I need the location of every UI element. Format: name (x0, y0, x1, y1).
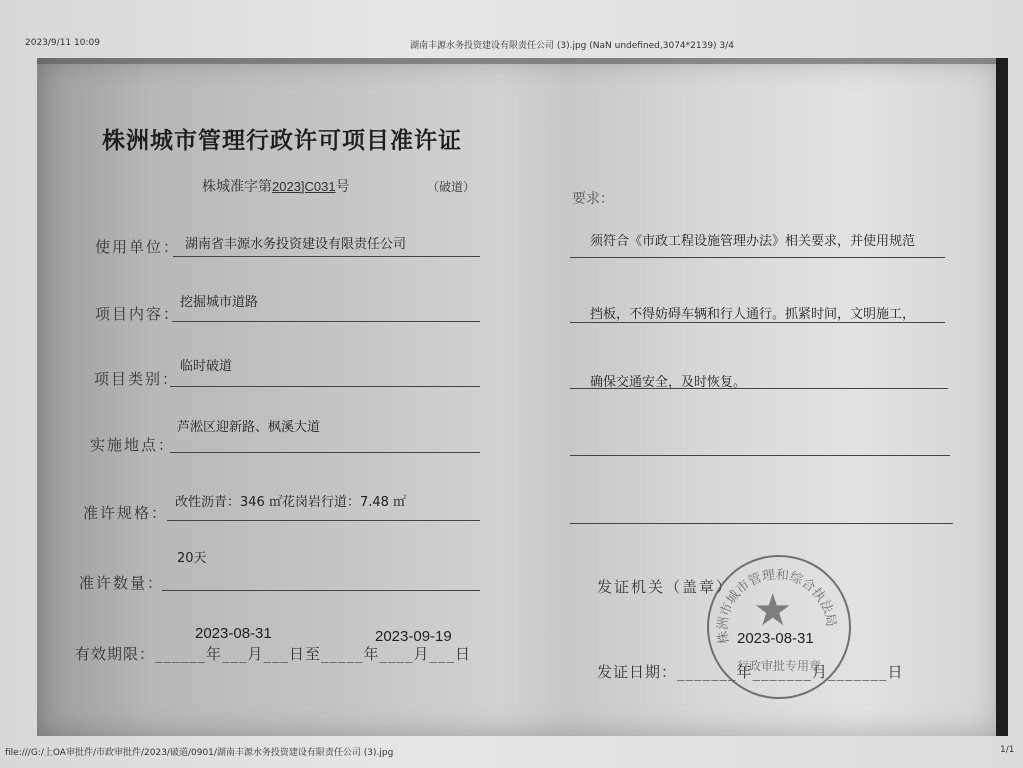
print-title: 湖南丰源水务投资建设有限责任公司 (3).jpg (NaN undefined,… (410, 38, 734, 51)
print-header: 2023/9/11 10:09 湖南丰源水务投资建设有限责任公司 (3).jpg… (0, 38, 1023, 52)
official-seal: 株洲市城市管理和综合执法局 ★ 行政审批专用章 (707, 555, 851, 699)
field-label-location: 实施地点： (90, 434, 175, 455)
permit-number-value: 2023]C031 (272, 179, 336, 194)
seal-bottom-text: 行政审批专用章 (737, 657, 821, 674)
validity-label-text: 有效期限： (75, 645, 155, 663)
issuer-label: 发证机关（盖章） (597, 576, 733, 597)
permit-document: 株洲城市管理行政许可项目准许证 株城准字第2023]C031号 （破道） 使用单… (37, 58, 1002, 736)
field-label-quantity: 准许数量： (79, 572, 164, 593)
issue-date-label: 发证日期： (597, 663, 677, 681)
requirements-label: 要求： (572, 188, 614, 208)
requirement-underline (570, 455, 950, 456)
issue-date: 2023-08-31 (737, 630, 814, 647)
field-line (170, 386, 480, 387)
requirement-underline (570, 322, 945, 323)
field-label-spec: 准许规格： (83, 502, 168, 523)
field-value-unit: 湖南省丰源水务投资建设有限责任公司 (185, 233, 406, 252)
validity-label: 有效期限：______年___月___日至_____年____月___日 (75, 643, 471, 664)
permit-suffix: 号 (336, 179, 350, 195)
file-path: file:///G:/上OA审批件/市政审批件/2023/破道/0901/湖南丰… (5, 745, 393, 758)
validity-end: 2023-09-19 (375, 628, 452, 645)
page-indicator: 1/1 (1000, 745, 1014, 755)
document-title: 株洲城市管理行政许可项目准许证 (102, 122, 462, 155)
requirement-underline (570, 388, 948, 389)
field-line (173, 256, 480, 257)
star-icon: ★ (753, 585, 792, 636)
field-value-quantity: 20天 (177, 547, 207, 566)
permit-number: 株城准字第2023]C031号 (202, 176, 350, 196)
permit-type: （破道） (427, 178, 475, 195)
field-line (170, 452, 480, 453)
field-value-content: 挖掘城市道路 (180, 291, 258, 310)
field-value-location: 芦淞区迎新路、枫溪大道 (177, 416, 320, 435)
requirement-line: 挡板，不得妨碍车辆和行人通行。抓紧时间，文明施工， (590, 303, 915, 322)
validity-template: ______年___月___日至_____年____月___日 (155, 645, 471, 663)
field-label-unit: 使用单位： (95, 236, 180, 257)
permit-prefix: 株城准字第 (202, 179, 272, 195)
field-line (172, 321, 480, 322)
field-value-spec: 改性沥青：346 ㎡花岗岩行道：7.48 ㎡ (175, 491, 406, 510)
field-line (162, 590, 480, 591)
scan-edge-right (996, 58, 1008, 736)
field-value-category: 临时破道 (180, 355, 232, 374)
validity-start: 2023-08-31 (195, 625, 272, 642)
print-datetime: 2023/9/11 10:09 (25, 38, 100, 48)
requirement-underline (570, 257, 945, 258)
requirement-underline (570, 523, 953, 524)
scan-edge (37, 58, 1002, 64)
field-line (167, 520, 480, 521)
field-label-content: 项目内容： (95, 303, 180, 324)
field-label-category: 项目类别： (94, 368, 179, 389)
requirement-line: 须符合《市政工程设施管理办法》相关要求，并使用规范 (590, 230, 915, 249)
